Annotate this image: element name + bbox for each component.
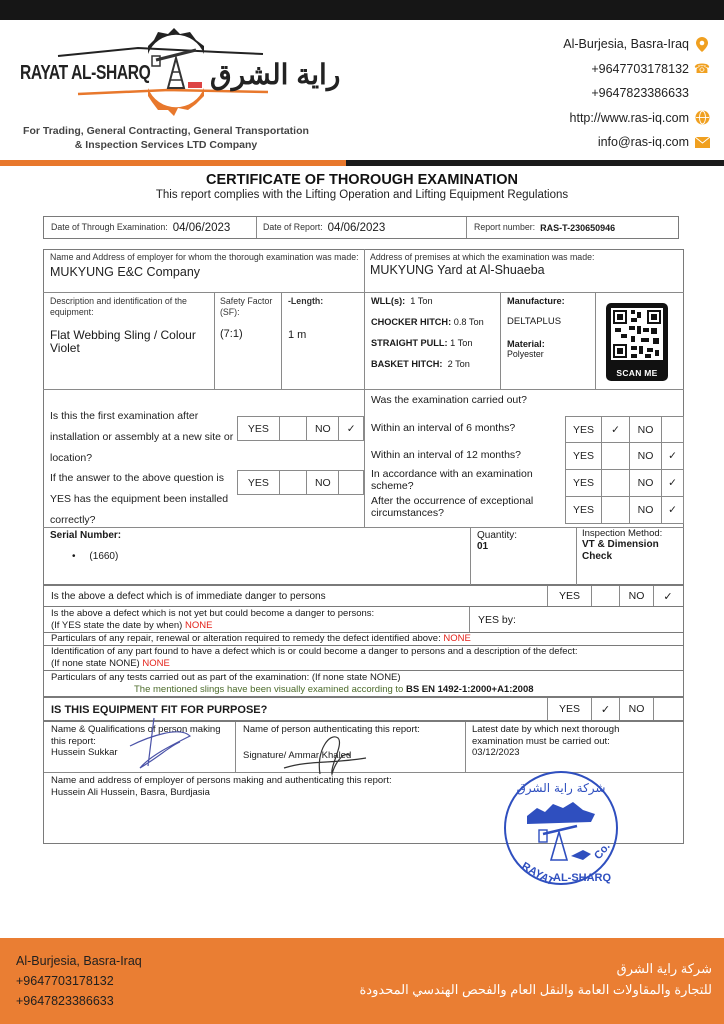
no-label: NO: [630, 417, 662, 442]
next-exam-label: Latest date by which next thorough exami…: [472, 724, 672, 747]
no-checkbox[interactable]: ✓: [339, 417, 363, 440]
contact-address-text: Al-Burjesia, Basra-Iraq: [563, 37, 689, 51]
future-danger-value: NONE: [185, 620, 212, 631]
wll-label: WLL(s):: [371, 296, 405, 306]
basket-hitch-label: BASKET HITCH:: [371, 359, 442, 369]
yes-checkbox[interactable]: [602, 470, 630, 496]
certificate-subtitle: This report complies with the Lifting Op…: [0, 189, 724, 201]
installed-correctly-yes-no: YES NO: [237, 470, 364, 495]
qr-code[interactable]: SCAN ME: [606, 303, 668, 381]
footer-contacts: Al-Burjesia, Basra-Iraq +9647703178132 +…: [16, 951, 142, 1011]
report-number-label: Report number:: [474, 222, 535, 233]
employer-value: MUKYUNG E&C Company: [50, 265, 360, 279]
no-checkbox[interactable]: ✓: [662, 497, 683, 523]
carried-out-heading: Was the examination carried out?: [371, 394, 527, 406]
header-contacts: Al-Burjesia, Basra-Iraq +9647703178132 ☎…: [563, 32, 710, 155]
footer-address: Al-Burjesia, Basra-Iraq: [16, 951, 142, 971]
no-label: NO: [630, 470, 662, 496]
svg-text:RAYAT: RAYAT: [520, 860, 557, 888]
quantity-field: Quantity: 01: [477, 530, 517, 552]
email-link[interactable]: info@ras-iq.com: [598, 135, 689, 149]
premises-value: MUKYUNG Yard at Al-Shuaeba: [370, 263, 680, 277]
carried-out-yes-no: YESNO✓: [565, 443, 684, 470]
footer-phone-2: +9647823386633: [16, 991, 142, 1011]
company-tagline: For Trading, General Contracting, Genera…: [18, 124, 314, 152]
svg-text:شركة راية الشرق: شركة راية الشرق: [517, 781, 606, 796]
straight-pull-label: STRAIGHT PULL:: [371, 338, 448, 348]
carried-out-question: Within an interval of 12 months?: [371, 449, 561, 461]
carried-out-question: Within an interval of 6 months?: [371, 422, 561, 434]
authenticator-value: Signature/ Ammar Khaled: [243, 750, 351, 761]
tests-label: Particulars of any tests carried out as …: [51, 672, 401, 684]
exam-date-label: Date of Through Examination:: [51, 222, 168, 233]
footer-arabic-line-1: شركة راية الشرق: [360, 958, 713, 979]
serial-number-label: Serial Number:: [50, 530, 121, 541]
yes-label: YES: [238, 417, 280, 440]
contact-phone-1-text: +9647703178132: [591, 62, 689, 76]
yes-label: YES: [566, 443, 602, 469]
repair-label: Particulars of any repair, renewal or al…: [51, 633, 441, 644]
yes-checkbox[interactable]: [591, 586, 619, 606]
equipment-desc-value: Flat Webbing Sling / Colour Violet: [50, 329, 210, 355]
fit-for-purpose-row: IS THIS EQUIPMENT FIT FOR PURPOSE? YES ✓…: [43, 697, 684, 721]
report-date-value: 04/06/2023: [328, 222, 386, 234]
svg-text:Co.: Co.: [592, 841, 613, 862]
immediate-danger-label: Is the above a defect which is of immedi…: [51, 591, 326, 602]
bullet: •: [72, 551, 76, 562]
no-label: NO: [630, 497, 662, 523]
inspection-method-field: Inspection Method: VT & Dimension Check: [582, 528, 682, 563]
no-label: NO: [307, 417, 339, 440]
maker-label: Name & Qualifications of person making t…: [51, 724, 231, 747]
future-danger-row: Is the above a defect which is not yet b…: [43, 606, 684, 633]
premises-field: Address of premises at which the examina…: [370, 252, 680, 277]
top-black-bar: [0, 0, 724, 20]
yes-checkbox[interactable]: ✓: [602, 417, 630, 442]
first-exam-question: Is this the first examination after inst…: [50, 406, 235, 469]
safety-factor-value: (7:1): [220, 328, 282, 340]
inspection-method-label: Inspection Method:: [582, 528, 682, 539]
identification-value: NONE: [142, 658, 169, 669]
tests-value: The mentioned slings have been visually …: [134, 684, 403, 695]
carried-out-yes-no: YES✓NO: [565, 416, 684, 443]
identification-sub: (If none state NONE): [51, 658, 140, 669]
yes-label: YES: [547, 586, 591, 606]
premises-label: Address of premises at which the examina…: [370, 252, 680, 263]
contact-phone-2-text: +9647823386633: [591, 86, 689, 100]
contact-website[interactable]: http://www.ras-iq.com: [563, 106, 710, 131]
no-checkbox[interactable]: ✓: [653, 586, 682, 606]
carried-out-yes-no: YESNO✓: [565, 470, 684, 497]
yes-label: YES: [547, 698, 591, 720]
company-stamp-icon: RAYAT AL-SHARQ Co. شركة راية الشرق: [487, 768, 635, 888]
no-label: NO: [619, 698, 653, 720]
signoff-employer-value: Hussein Ali Hussein, Basra, Burdjasia: [51, 787, 392, 799]
footer-arabic-name: شركة راية الشرق للتجارة والمقاولات العام…: [360, 958, 713, 1000]
yes-label: YES: [238, 471, 280, 494]
choker-hitch-label: CHOCKER HITCH:: [371, 317, 451, 327]
equipment-description: Description and identification of the eq…: [50, 296, 210, 355]
choker-hitch-value: 0.8 Ton: [454, 317, 484, 327]
straight-pull-value: 1 Ton: [450, 338, 472, 348]
inspection-method-value: VT & Dimension Check: [582, 539, 682, 563]
report-date-label: Date of Report:: [263, 222, 323, 233]
carried-out-yes-no: YESNO✓: [565, 497, 684, 524]
company-logo: RAYAT AL-SHARQ راية الشرق: [18, 26, 328, 118]
quantity-value: 01: [477, 541, 517, 552]
dates-row: Date of Through Examination: 04/06/2023 …: [43, 216, 679, 239]
next-exam-value: 03/12/2023: [472, 747, 672, 759]
exam-date-value: 04/06/2023: [173, 222, 231, 234]
yes-label: YES: [566, 470, 602, 496]
envelope-icon: [694, 134, 710, 150]
contact-phone-2: +9647823386633: [563, 81, 710, 106]
manufacture-value: DELTAPLUS: [507, 316, 592, 327]
footer-arabic-line-2: للتجارة والمقاولات العامة والنقل العام و…: [360, 979, 713, 1000]
installed-correctly-question: If the answer to the above question is Y…: [50, 468, 235, 531]
manufacture-field: Manufacture: DELTAPLUS Material: Polyest…: [507, 296, 592, 359]
employer-field: Name and Address of employer for whom th…: [50, 252, 360, 279]
footer-bar: Al-Burjesia, Basra-Iraq +9647703178132 +…: [0, 938, 724, 1024]
website-link[interactable]: http://www.ras-iq.com: [570, 111, 689, 125]
yes-checkbox[interactable]: [280, 471, 308, 494]
carried-out-question: In accordance with an examination scheme…: [371, 468, 561, 492]
yes-label: YES: [566, 497, 602, 523]
company-name-en: RAYAT AL-SHARQ: [20, 62, 150, 85]
no-checkbox[interactable]: ✓: [662, 470, 683, 496]
yes-checkbox[interactable]: ✓: [591, 698, 619, 720]
qr-pattern-icon: [611, 308, 663, 360]
repair-value: NONE: [443, 633, 470, 644]
company-name-ar: راية الشرق: [210, 58, 340, 91]
yes-checkbox[interactable]: [280, 417, 308, 440]
maker-value: Hussein Sukkar: [51, 747, 231, 759]
length-value: 1 m: [288, 329, 358, 341]
no-label: NO: [307, 471, 339, 494]
yes-checkbox[interactable]: [602, 443, 630, 469]
no-checkbox[interactable]: [653, 698, 682, 720]
yes-label: YES: [566, 417, 602, 442]
safety-factor: Safety Factor (SF): (7:1): [220, 296, 282, 340]
repair-row: Particulars of any repair, renewal or al…: [43, 632, 684, 646]
no-checkbox[interactable]: ✓: [662, 443, 683, 469]
length-label: -Length:: [288, 296, 358, 307]
tests-standard: BS EN 1492-1:2000+A1:2008: [406, 684, 534, 695]
serial-number-value: (1660): [89, 551, 118, 562]
no-checkbox[interactable]: [339, 471, 363, 494]
contact-email[interactable]: info@ras-iq.com: [563, 130, 710, 155]
equipment-desc-label: Description and identification of the eq…: [50, 296, 210, 317]
immediate-danger-row: Is the above a defect which is of immedi…: [43, 585, 684, 607]
certificate-title: CERTIFICATE OF THOROUGH EXAMINATION: [0, 172, 724, 188]
manufacture-label: Manufacture:: [507, 296, 592, 306]
svg-text:AL-SHARQ: AL-SHARQ: [553, 872, 611, 884]
location-pin-icon: [694, 36, 710, 52]
serial-number-field: Serial Number: • (1660): [50, 530, 121, 562]
no-label: NO: [630, 443, 662, 469]
qr-scan-label: SCAN ME: [606, 368, 668, 378]
footer-phone-1: +9647703178132: [16, 971, 142, 991]
material-label: Material:: [507, 339, 592, 349]
signoff-employer-label: Name and address of employer of persons …: [51, 775, 392, 787]
identification-row: Identification of any part found to have…: [43, 645, 684, 671]
safety-factor-label: Safety Factor (SF):: [220, 296, 282, 317]
future-danger-sub: (If YES state the date by when): [51, 620, 182, 631]
no-label: NO: [619, 586, 653, 606]
yes-checkbox[interactable]: [602, 497, 630, 523]
tagline-line-1: For Trading, General Contracting, Genera…: [18, 124, 314, 138]
length-field: -Length: 1 m: [288, 296, 358, 341]
wll-value: 1 Ton: [410, 296, 432, 306]
fit-for-purpose-label: IS THIS EQUIPMENT FIT FOR PURPOSE?: [51, 704, 267, 716]
first-exam-yes-no: YES NO ✓: [237, 416, 364, 441]
carried-out-question: After the occurrence of exceptional circ…: [371, 495, 561, 519]
no-checkbox[interactable]: [662, 417, 683, 442]
report-number-value: RAS-T-230650946: [540, 223, 615, 233]
material-value: Polyester: [507, 349, 592, 359]
contact-phone-1: +9647703178132 ☎: [563, 57, 710, 82]
tagline-line-2: & Inspection Services LTD Company: [18, 138, 314, 152]
contact-address: Al-Burjesia, Basra-Iraq: [563, 32, 710, 57]
quantity-label: Quantity:: [477, 530, 517, 541]
globe-icon: [694, 110, 710, 126]
wll-field: WLL(s): 1 Ton CHOCKER HITCH: 0.8 Ton STR…: [371, 296, 501, 369]
identification-label: Identification of any part found to have…: [51, 646, 578, 658]
employer-label: Name and Address of employer for whom th…: [50, 252, 360, 263]
future-danger-label: Is the above a defect which is not yet b…: [51, 608, 374, 620]
telephone-icon: ☎: [694, 61, 710, 77]
tests-row: Particulars of any tests carried out as …: [43, 670, 684, 697]
yes-by-label: YES by:: [478, 614, 516, 626]
basket-hitch-value: 2 Ton: [448, 359, 470, 369]
header-divider: [0, 160, 724, 166]
authenticator-label: Name of person authenticating this repor…: [243, 724, 420, 735]
